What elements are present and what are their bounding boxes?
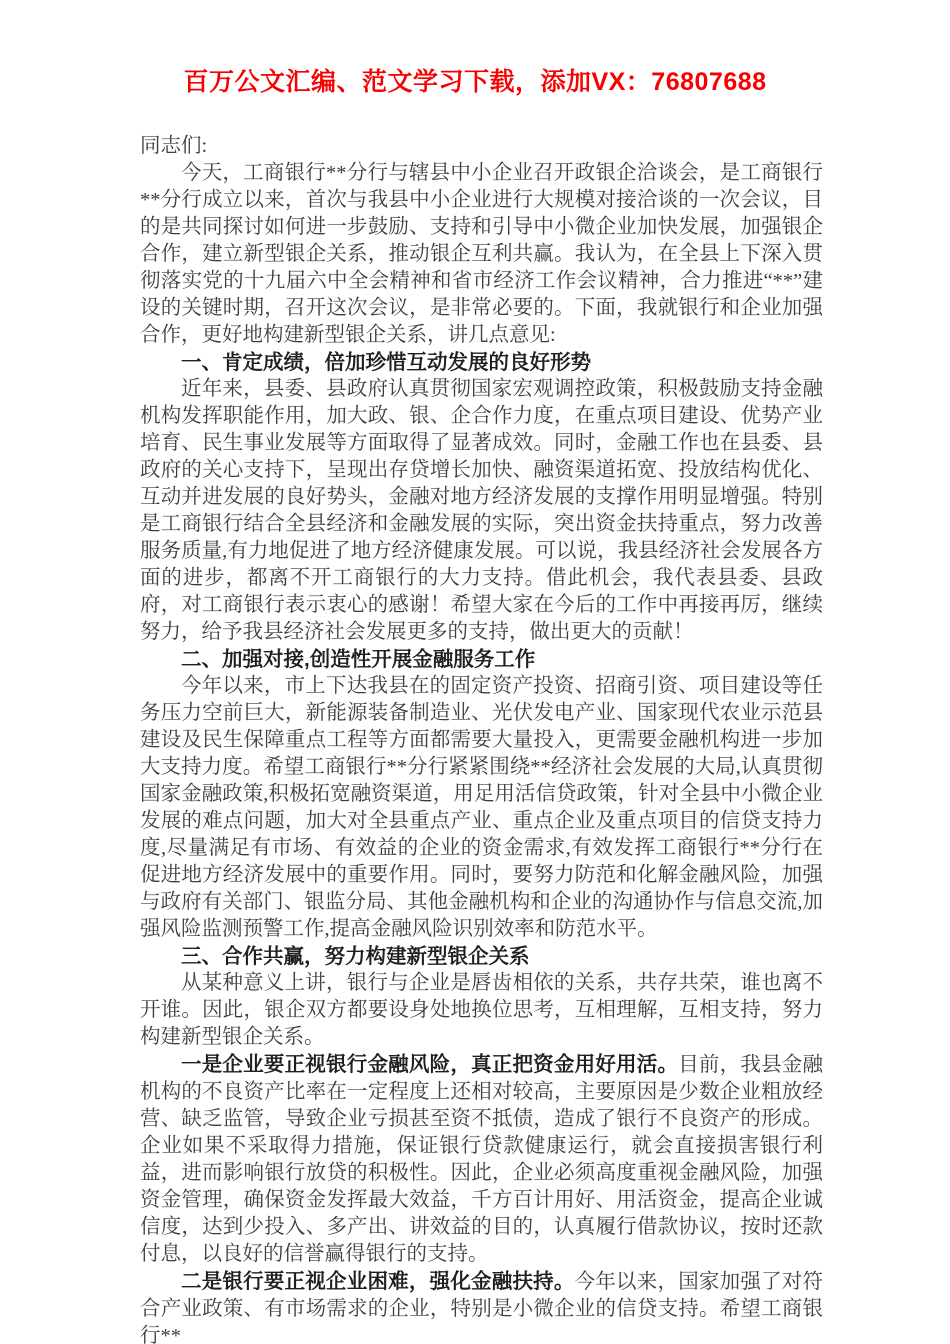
body-paragraph: 今天，工商银行**分行与辖县中小企业召开政银企洽谈会，是工商银行**分行成立以来… xyxy=(140,160,823,349)
body-paragraph: 一是企业要正视银行金融风险，真正把资金用好用活。目前，我县金融机构的不良资产比率… xyxy=(140,1051,823,1268)
body-paragraph: 近年来，县委、县政府认真贯彻国家宏观调控政策，积极鼓励支持金融机构发挥职能作用，… xyxy=(140,376,823,646)
body-paragraph: 从某种意义上讲，银行与企业是唇齿相依的关系，共存共荣，谁也离不开谁。因此，银企双… xyxy=(140,970,823,1051)
section-heading: 一、肯定成绩，倍加珍惜互动发展的良好形势 xyxy=(140,349,823,376)
section-heading: 三、合作共赢，努力构建新型银企关系 xyxy=(140,943,823,970)
paragraph-bold-lead: 一是企业要正视银行金融风险，真正把资金用好用活。 xyxy=(181,1053,678,1076)
document-body: 同志们:今天，工商银行**分行与辖县中小企业召开政银企洽谈会，是工商银行**分行… xyxy=(140,133,823,1344)
document-page: 百万公文汇编、范文学习下载，添加VX：76807688 同志们:今天，工商银行*… xyxy=(0,0,950,1344)
body-paragraph: 二是银行要正视企业困难，强化金融扶持。今年以来，国家加强了对符合产业政策、有市场… xyxy=(140,1268,823,1344)
paragraph-bold-lead: 二是银行要正视企业困难，强化金融扶持。 xyxy=(181,1270,575,1293)
body-paragraph: 今年以来，市上下达我县在的固定资产投资、招商引资、项目建设等任务压力空前巨大，新… xyxy=(140,673,823,943)
salutation: 同志们: xyxy=(140,133,823,160)
promo-banner: 百万公文汇编、范文学习下载，添加VX：76807688 xyxy=(0,0,950,98)
section-heading: 二、加强对接,创造性开展金融服务工作 xyxy=(140,646,823,673)
